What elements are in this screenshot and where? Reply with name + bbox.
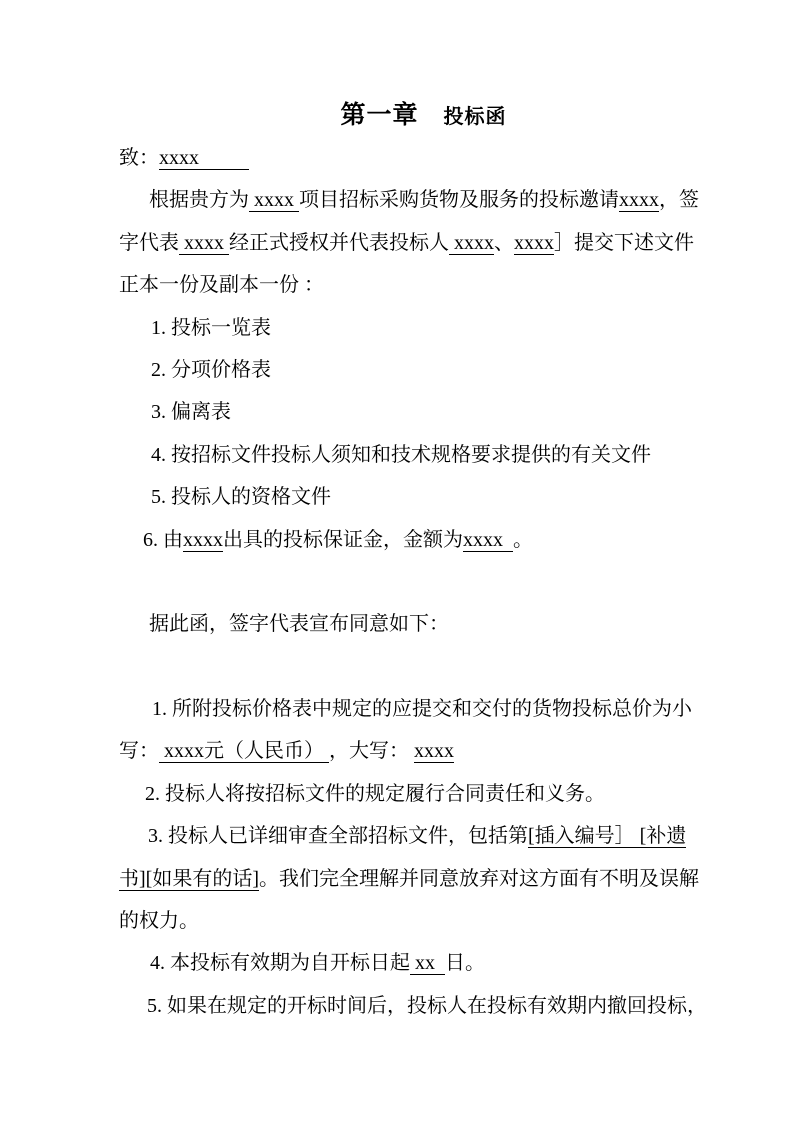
fill-in-blank: 书][如果有的话] [119,868,259,891]
text-run: 正本一份及副本一份 ： [119,274,324,296]
text-run: 出具的投标保证金，金额为 [223,529,463,551]
chapter-number: 第一章 [340,102,418,129]
fill-in-blank: xxxx [619,189,659,212]
list1-item-3: 3. 偏离表 [119,391,684,433]
text-run: 6. 由 [143,529,183,551]
intro-line-2: 字代表 xxxx 经正式授权并代表投标人 xxxx、xxxx］提交下述文件 [119,222,684,264]
fill-in-blank: xxxx元（人民币） [159,740,329,763]
blank-line [119,561,684,603]
text-run: 根据贵方为 [149,189,249,211]
text-run: 。 [513,529,533,551]
text-run: 2. 投标人将按招标文件的规定履行合同责任和义务。 [145,783,605,805]
fill-in-blank: xxxx [159,147,249,170]
text-run: 1. 投标一览表 [151,317,271,339]
intro-line-1: 根据贵方为 xxxx 项目招标采购货物及服务的投标邀请xxxx，签 [119,179,684,221]
fill-in-blank: xxxx [414,740,454,763]
document-body: 致：xxxx 根据贵方为 xxxx 项目招标采购货物及服务的投标邀请xxxx，签… [119,137,684,1027]
text-run: 项目招标采购货物及服务的投标邀请 [299,189,619,211]
fill-in-blank: xxxx [449,232,494,255]
text-run: 4. 本投标有效期为自开标日起 [150,952,410,974]
clause2: 2. 投标人将按招标文件的规定履行合同责任和义务。 [119,773,684,815]
text-run: 4. 按招标文件投标人须知和技术规格要求提供的有关文件 [151,444,651,466]
list1-item-4: 4. 按招标文件投标人须知和技术规格要求提供的有关文件 [119,434,684,476]
clause1-line-2: 写： xxxx元（人民币） ，大写： xxxx [119,730,684,772]
clause5: 5. 如果在规定的开标时间后，投标人在投标有效期内撤回投标， [119,985,684,1027]
list1-item-5: 5. 投标人的资格文件 [119,476,684,518]
list1-item-1: 1. 投标一览表 [119,307,684,349]
intro-line-3: 正本一份及副本一份 ： [119,264,684,306]
fill-in-blank: xx [410,952,445,975]
text-run: 、 [494,232,514,254]
document-content: 第一章投标函 致：xxxx 根据贵方为 xxxx 项目招标采购货物及服务的投标邀… [119,95,684,1027]
text-run: 5. 如果在规定的开标时间后，投标人在投标有效期内撤回投标， [147,995,707,1017]
clause3-line-2: 书][如果有的话]。我们完全理解并同意放弃对这方面有不明及误解 [119,858,684,900]
fill-in-blank: xxxx [179,232,229,255]
list1-item-6: 6. 由xxxx出具的投标保证金，金额为xxxx 。 [119,519,684,561]
text-run: 经正式授权并代表投标人 [229,232,449,254]
text-run: 的权力。 [119,910,199,932]
blank-line [119,646,684,688]
chapter-title: 投标函 [444,106,507,128]
text-run: 5. 投标人的资格文件 [151,486,331,508]
text-run: 3. 偏离表 [151,401,231,423]
clause1-line-1: 1. 所附投标价格表中规定的应提交和交付的货物投标总价为小 [119,688,684,730]
fill-in-blank: xxxx [183,529,223,552]
text-run: 1. 所附投标价格表中规定的应提交和交付的货物投标总价为小 [152,698,692,720]
text-run: 致： [119,147,159,169]
text-run: 日。 [445,952,485,974]
text-run: ］提交下述文件 [554,232,694,254]
document-page: 第一章投标函 致：xxxx 根据贵方为 xxxx 项目招标采购货物及服务的投标邀… [0,0,793,1122]
text-run: ，签 [659,189,699,211]
clause3-line-3: 的权力。 [119,900,684,942]
fill-in-blank: xxxx [249,189,299,212]
salutation: 致：xxxx [119,137,684,179]
text-run: 写： [119,740,159,762]
fill-in-blank: [插入编号］ [补遗 [528,825,686,848]
clause4: 4. 本投标有效期为自开标日起 xx 日。 [119,942,684,984]
clause3-line-1: 3. 投标人已详细审查全部招标文件，包括第[插入编号］ [补遗 [119,815,684,857]
text-run: 据此函，签字代表宣布同意如下： [149,613,449,635]
list1-item-2: 2. 分项价格表 [119,349,684,391]
fill-in-blank: xxxx [514,232,554,255]
text-run: 字代表 [119,232,179,254]
text-run: ，大写： [329,740,414,762]
fill-in-blank: xxxx [463,529,513,552]
page-title: 第一章投标函 [119,95,684,137]
text-run: 。我们完全理解并同意放弃对这方面有不明及误解 [259,868,699,890]
text-run: 3. 投标人已详细审查全部招标文件，包括第 [148,825,528,847]
text-run: 2. 分项价格表 [151,359,271,381]
declaration-intro: 据此函，签字代表宣布同意如下： [119,603,684,645]
